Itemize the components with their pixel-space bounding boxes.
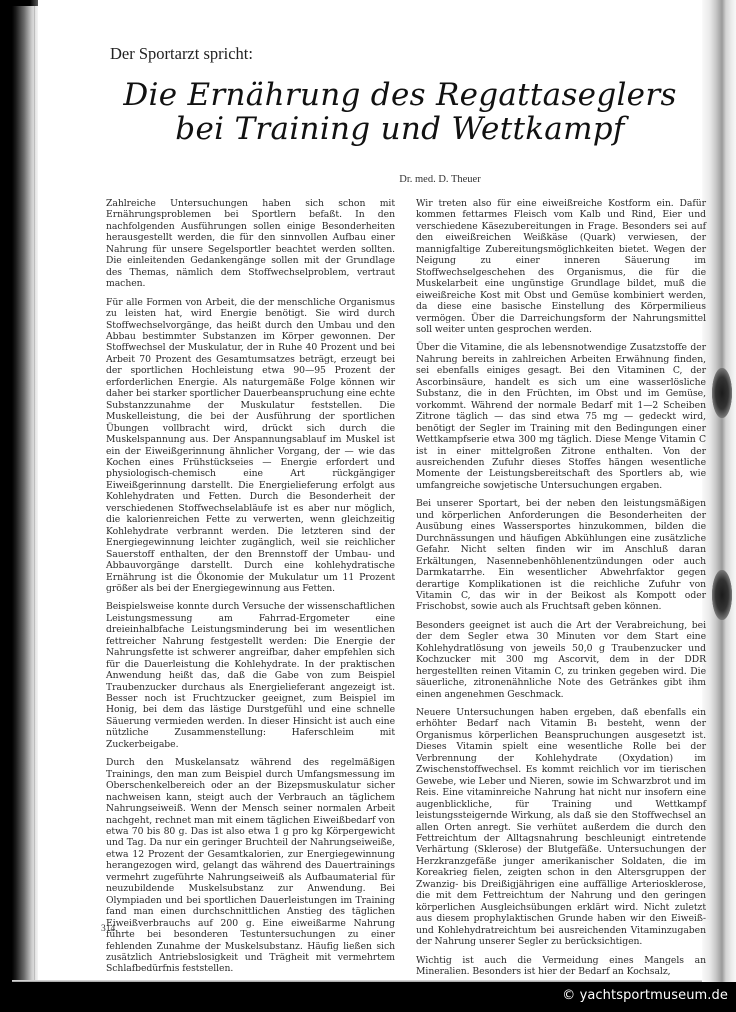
paragraph: Beispielsweise konnte durch Versuche der… <box>106 601 395 750</box>
paragraph: Neuere Untersuchungen haben ergeben, daß… <box>416 707 706 948</box>
text-column-left: Zahlreiche Untersuchungen haben sich sch… <box>106 198 395 982</box>
text-column-right: Wir treten also für eine eiweißreiche Ko… <box>416 198 706 984</box>
title-line-1: Die Ernährung des Regattaseglers <box>110 78 690 112</box>
page-number: 314 <box>101 924 115 934</box>
paragraph: Bei unserer Sportart, bei der neben den … <box>416 498 706 613</box>
book-spine-right <box>702 0 736 982</box>
copyright-notice: © yachtsportmuseum.de <box>562 988 728 1003</box>
section-kicker: Der Sportarzt spricht: <box>110 44 253 64</box>
paragraph: Für alle Formen von Arbeit, die der mens… <box>106 297 395 595</box>
author-byline: Dr. med. D. Theuer <box>330 174 550 185</box>
paragraph: Besonders geeignet ist auch die Art der … <box>416 620 706 700</box>
binder-clip-lower <box>712 570 732 620</box>
binder-clip-upper <box>712 368 732 418</box>
article-title: Die Ernährung des Regattaseglers bei Tra… <box>110 78 690 146</box>
paragraph: Wir treten also für eine eiweißreiche Ko… <box>416 198 706 335</box>
paragraph: Zahlreiche Untersuchungen haben sich sch… <box>106 198 395 290</box>
book-spine-left <box>0 0 38 1012</box>
watermark-bar: © yachtsportmuseum.de <box>0 982 736 1012</box>
title-line-2: bei Training und Wettkampf <box>110 112 690 146</box>
paragraph: Über die Vitamine, die als lebensnotwend… <box>416 342 706 491</box>
paragraph: Wichtig ist auch die Vermeidung eines Ma… <box>416 955 706 978</box>
paragraph: Durch den Muskelansatz während des regel… <box>106 757 395 975</box>
